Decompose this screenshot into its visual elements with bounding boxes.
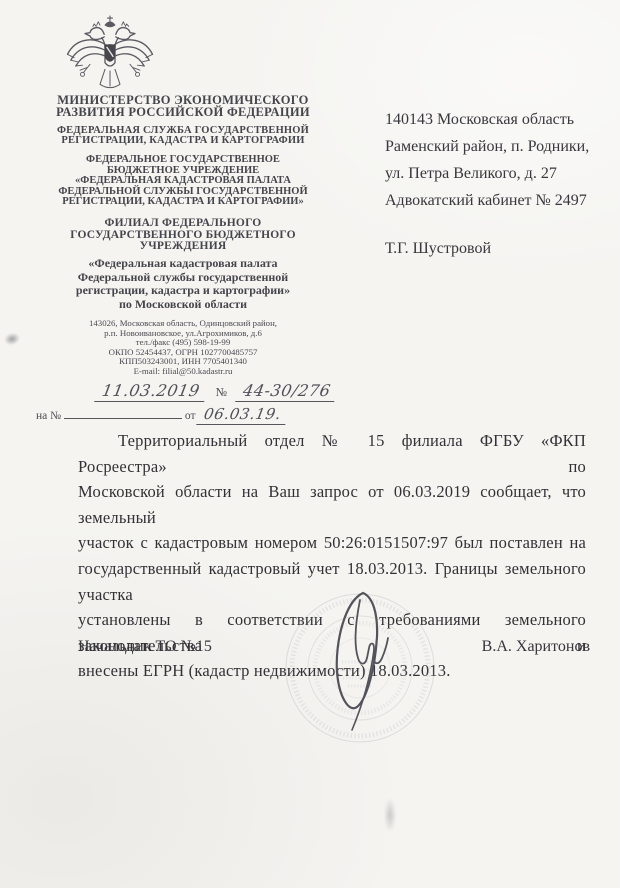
letterhead-line: ФИЛИАЛ ФЕДЕРАЛЬНОГО bbox=[28, 218, 338, 230]
coat-of-arms-eagle-icon bbox=[60, 14, 160, 98]
letterhead-line: УЧРЕЖДЕНИЯ bbox=[28, 241, 338, 253]
recipient-line: Раменский район, п. Родники, bbox=[385, 133, 589, 160]
signatory-position: Начальник ТО №15 bbox=[78, 638, 212, 656]
reply-to-label: на № bbox=[36, 410, 61, 422]
handwritten-date: 11.03.2019 bbox=[94, 381, 207, 402]
recipient-line: Адвокатский кабинет № 2497 bbox=[385, 187, 589, 214]
contact-line: E-mail: filial@50.kadastr.ru bbox=[28, 367, 338, 377]
body-line: Московской области на Ваш запрос от 06.0… bbox=[78, 479, 586, 530]
body-line: Территориальный отдел № 15 филиала ФГБУ … bbox=[78, 428, 586, 479]
letterhead-line: РАЗВИТИЯ РОССИЙСКОЙ ФЕДЕРАЦИИ bbox=[28, 107, 338, 119]
letterhead-line: по Московской области bbox=[28, 298, 338, 312]
letterhead-line: РЕГИСТРАЦИИ, КАДАСТРА И КАРТОГРАФИИ bbox=[28, 136, 338, 146]
from-label: от bbox=[185, 410, 196, 422]
recipient-name: Т.Г. Шустровой bbox=[385, 240, 491, 258]
scan-smudge bbox=[3, 331, 22, 347]
letterhead-line: «Федеральная кадастровая палата bbox=[28, 257, 338, 271]
letterhead-line: ФЕДЕРАЛЬНОЕ ГОСУДАРСТВЕННОЕ bbox=[28, 155, 338, 166]
recipient-line: ул. Петра Великого, д. 27 bbox=[385, 160, 589, 187]
number-sign-label: № bbox=[216, 385, 227, 399]
letterhead-contact-info: 143026, Московская область, Одинцовский … bbox=[28, 319, 338, 377]
body-line: участок с кадастровым номером 50:26:0151… bbox=[78, 530, 586, 556]
handwritten-incoming-date: 06.03.19. bbox=[197, 405, 289, 425]
letterhead-line: регистрации, кадастра и картографии» bbox=[28, 284, 338, 298]
letterhead-line: Федеральной службы государственной bbox=[28, 271, 338, 285]
scanned-letter-page: МИНИСТЕРСТВО ЭКОНОМИЧЕСКОГО РАЗВИТИЯ РОС… bbox=[0, 0, 620, 888]
letterhead-branch-name: «Федеральная кадастровая палата Федераль… bbox=[28, 257, 338, 311]
letterhead-branch: ФИЛИАЛ ФЕДЕРАЛЬНОГО ГОСУДАРСТВЕННОГО БЮД… bbox=[28, 218, 338, 253]
letterhead-service: ФЕДЕРАЛЬНАЯ СЛУЖБА ГОСУДАРСТВЕННОЙ РЕГИС… bbox=[28, 126, 338, 146]
reply-number-blank-line bbox=[64, 406, 182, 419]
handwritten-signature-icon bbox=[320, 585, 400, 735]
recipient-address: 140143 Московская область Раменский райо… bbox=[385, 106, 589, 214]
recipient-line: 140143 Московская область bbox=[385, 106, 589, 133]
scan-smudge bbox=[384, 798, 396, 832]
handwritten-outgoing-number: 44-30/276 bbox=[235, 381, 338, 402]
reference-row-incoming: на № от 06.03.19. bbox=[36, 405, 287, 425]
signatory-name: В.А. Харитонов bbox=[480, 638, 590, 656]
letterhead-institution: ФЕДЕРАЛЬНОЕ ГОСУДАРСТВЕННОЕ БЮДЖЕТНОЕ УЧ… bbox=[28, 155, 338, 208]
reference-row-outgoing: 11.03.2019 № 44-30/276 bbox=[96, 381, 337, 402]
letterhead-line: РЕГИСТРАЦИИ, КАДАСТРА И КАРТОГРАФИИ» bbox=[28, 197, 338, 208]
letterhead-ministry: МИНИСТЕРСТВО ЭКОНОМИЧЕСКОГО РАЗВИТИЯ РОС… bbox=[28, 95, 338, 118]
